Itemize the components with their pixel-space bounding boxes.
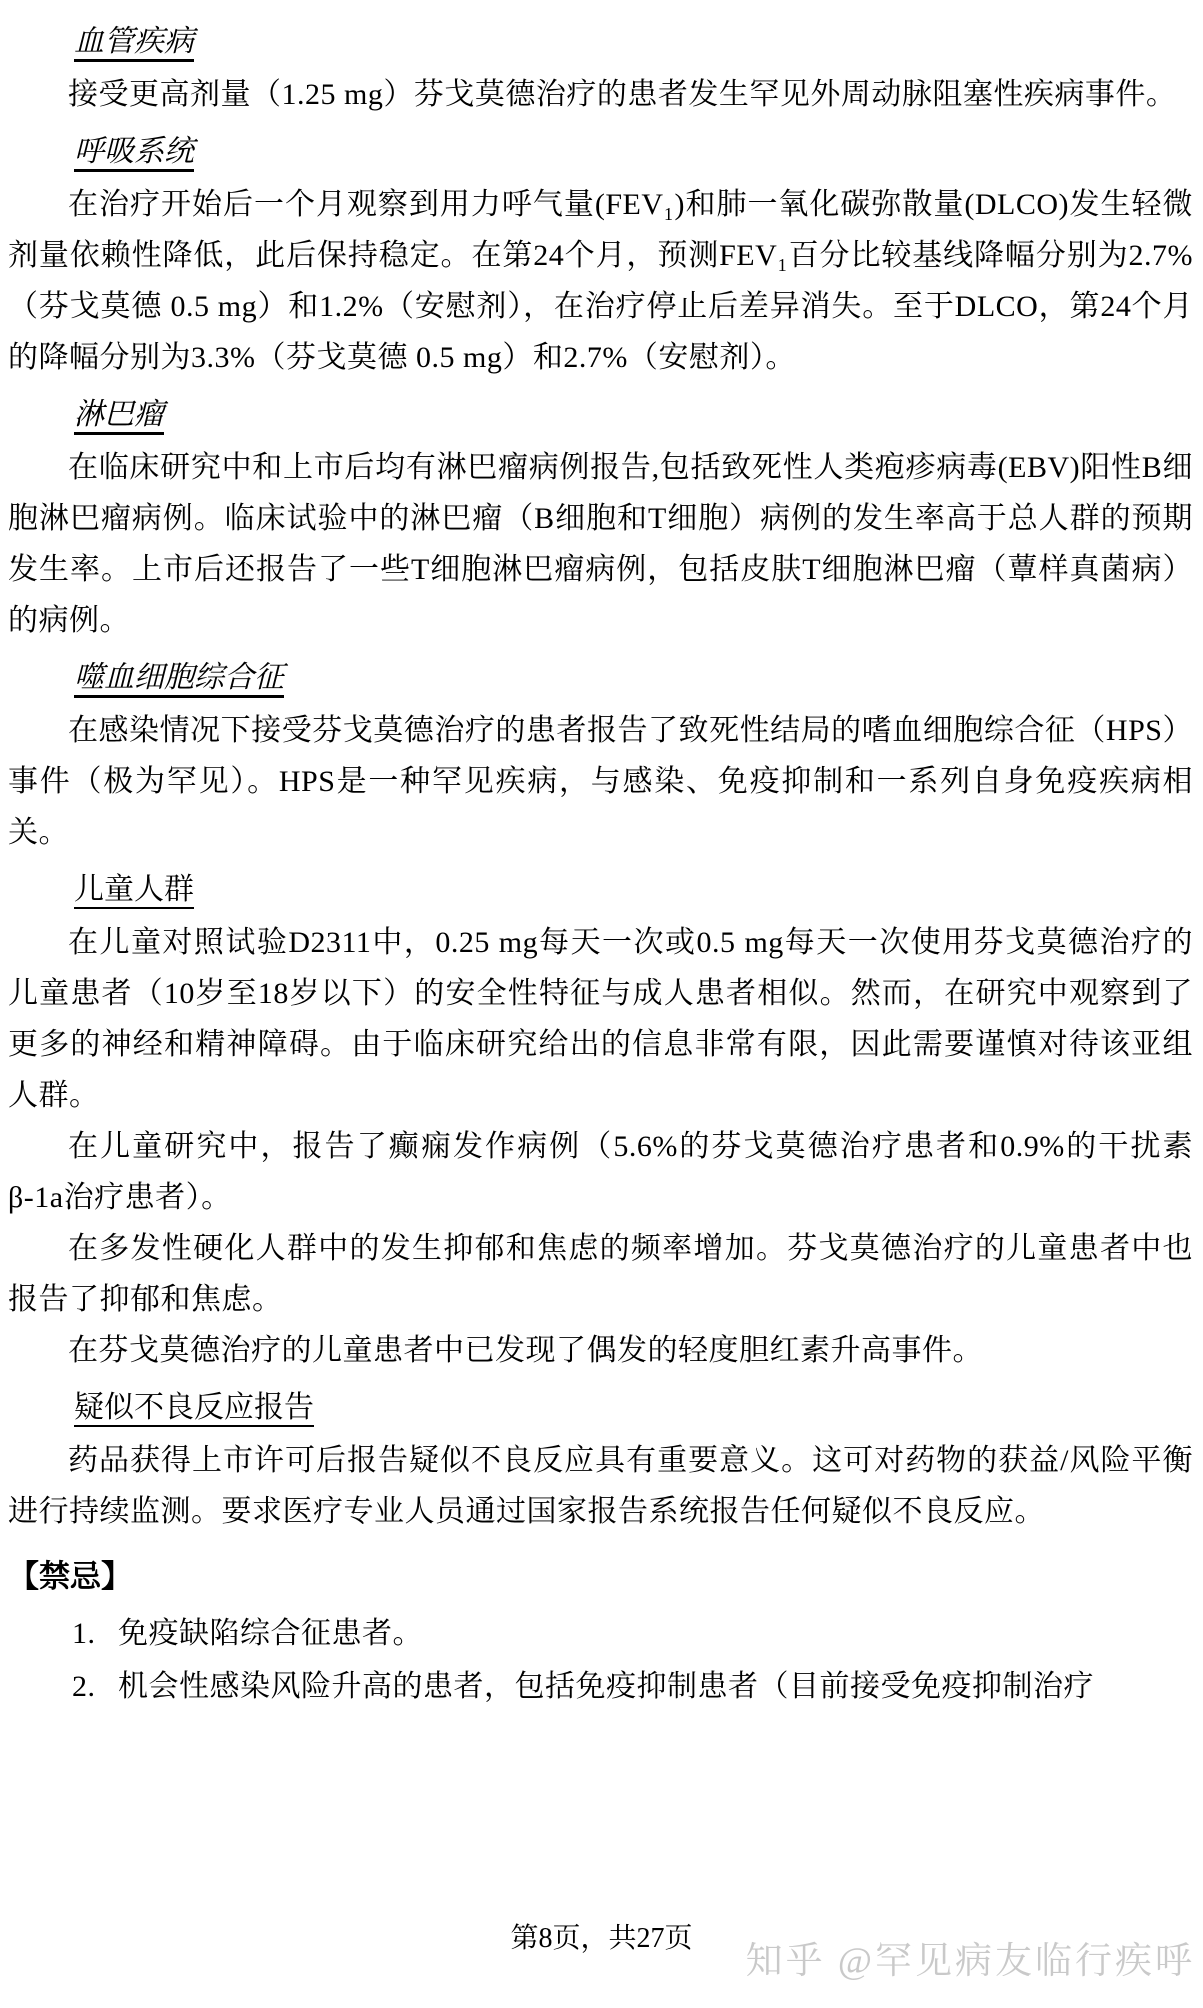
paragraph-pediatric-2: 在儿童研究中，报告了癫痫发作病例（5.6%的芬戈莫德治疗患者和0.9%的干扰素β… [8,1121,1193,1223]
contraindication-item-2-number: 2. [72,1660,118,1713]
zhihu-watermark: 知乎 @罕见病友临行疾呼 [746,1930,1195,1984]
contraindication-item-1-number: 1. [72,1607,118,1660]
section-heading-pediatric-text: 儿童人群 [74,873,194,909]
section-heading-lymphoma: 淋巴瘤 [8,389,1193,440]
section-heading-vascular-text: 血管疾病 [74,25,194,62]
contraindication-item-2: 2. 机会性感染风险升高的患者，包括免疫抑制患者（目前接受免疫抑制治疗 [8,1660,1193,1713]
paragraph-adr-reporting: 药品获得上市许可后报告疑似不良反应具有重要意义。这可对药物的获益/风险平衡进行持… [8,1435,1193,1537]
paragraph-pediatric-4: 在芬戈莫德治疗的儿童患者中已发现了偶发的轻度胆红素升高事件。 [8,1325,1193,1376]
paragraph-hps: 在感染情况下接受芬戈莫德治疗的患者报告了致死性结局的嗜血细胞综合征（HPS）事件… [8,705,1193,858]
paragraph-pediatric-1: 在儿童对照试验D2311中，0.25 mg每天一次或0.5 mg每天一次使用芬戈… [8,917,1193,1121]
section-heading-hps: 噬血细胞综合征 [8,652,1193,703]
section-heading-hps-text: 噬血细胞综合征 [74,661,284,698]
section-title-contraindications: 【禁忌】 [8,1551,1193,1603]
paragraph-lymphoma: 在临床研究中和上市后均有淋巴瘤病例报告,包括致死性人类疱疹病毒(EBV)阳性B细… [8,442,1193,646]
section-heading-adr-reporting: 疑似不良反应报告 [8,1382,1193,1433]
document-page: { "page": { "background_color": "#ffffff… [0,0,1203,2008]
contraindication-item-1-text: 免疫缺陷综合征患者。 [118,1607,1193,1660]
document-body: 血管疾病 接受更高剂量（1.25 mg）芬戈莫德治疗的患者发生罕见外周动脉阻塞性… [0,0,1203,1713]
section-heading-adr-reporting-text: 疑似不良反应报告 [74,1391,314,1427]
section-heading-respiratory-text: 呼吸系统 [74,135,194,172]
paragraph-respiratory: 在治疗开始后一个月观察到用力呼气量(FEV₁)和肺一氧化碳弥散量(DLCO)发生… [8,179,1193,383]
section-heading-respiratory: 呼吸系统 [8,126,1193,177]
contraindication-item-2-text: 机会性感染风险升高的患者，包括免疫抑制患者（目前接受免疫抑制治疗 [118,1660,1193,1713]
section-heading-vascular: 血管疾病 [8,16,1193,67]
section-heading-lymphoma-text: 淋巴瘤 [74,398,164,435]
contraindication-item-1: 1. 免疫缺陷综合征患者。 [8,1607,1193,1660]
paragraph-pediatric-3: 在多发性硬化人群中的发生抑郁和焦虑的频率增加。芬戈莫德治疗的儿童患者中也报告了抑… [8,1223,1193,1325]
section-heading-pediatric: 儿童人群 [8,864,1193,915]
paragraph-vascular: 接受更高剂量（1.25 mg）芬戈莫德治疗的患者发生罕见外周动脉阻塞性疾病事件。 [8,69,1193,120]
